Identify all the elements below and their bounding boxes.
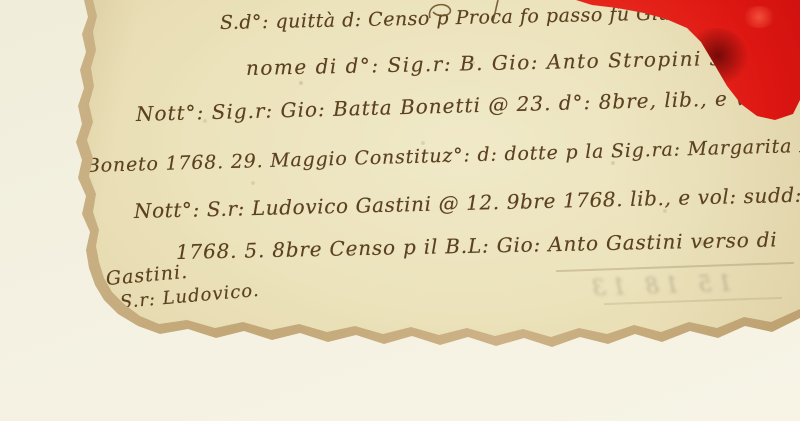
manuscript-photo: 15 18 13 S.d°: quittà d: Censo p Proca f… xyxy=(0,0,800,421)
pen-flourish xyxy=(418,0,528,22)
foxing-speckles xyxy=(0,0,2,2)
ink-bleedthrough-text: 15 18 13 xyxy=(586,271,733,301)
wax-seal-highlight xyxy=(742,6,776,28)
paper-sheet: 15 18 13 S.d°: quittà d: Censo p Proca f… xyxy=(0,0,800,421)
